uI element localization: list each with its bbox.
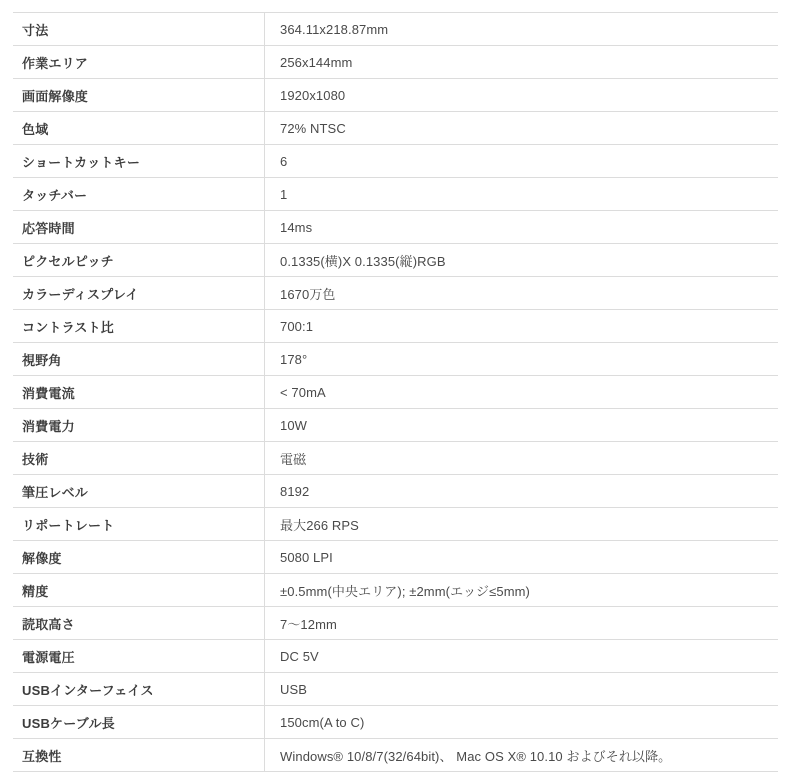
table-row: 互換性 Windows® 10/8/7(32/64bit)、 Mac OS X®…: [13, 739, 778, 772]
table-row: 視野角 178°: [13, 343, 778, 376]
spec-value: 10W: [265, 409, 778, 441]
spec-label: 作業エリア: [13, 46, 265, 78]
spec-value: DC 5V: [265, 640, 778, 672]
spec-value: 700:1: [265, 310, 778, 342]
spec-table: 寸法 364.11x218.87mm 作業エリア 256x144mm 画面解像度…: [13, 12, 778, 772]
spec-label: 視野角: [13, 343, 265, 375]
spec-value: ±0.5mm(中央エリア); ±2mm(エッジ≤5mm): [265, 574, 778, 606]
spec-value: 14ms: [265, 211, 778, 243]
spec-value: 72% NTSC: [265, 112, 778, 144]
table-row: 色域 72% NTSC: [13, 112, 778, 145]
spec-label: 消費電流: [13, 376, 265, 408]
spec-label: コントラスト比: [13, 310, 265, 342]
table-row: ピクセルピッチ 0.1335(横)X 0.1335(縦)RGB: [13, 244, 778, 277]
spec-label: 消費電力: [13, 409, 265, 441]
table-row: 解像度 5080 LPI: [13, 541, 778, 574]
spec-value: 1920x1080: [265, 79, 778, 111]
table-row: USBインターフェイス USB: [13, 673, 778, 706]
spec-value: 8192: [265, 475, 778, 507]
spec-value: 1670万色: [265, 277, 778, 309]
spec-label: 電源電圧: [13, 640, 265, 672]
table-row: 読取高さ 7〜12mm: [13, 607, 778, 640]
spec-label: 互換性: [13, 739, 265, 771]
spec-label: ピクセルピッチ: [13, 244, 265, 276]
spec-value: 7〜12mm: [265, 607, 778, 639]
spec-value: 0.1335(横)X 0.1335(縦)RGB: [265, 244, 778, 276]
spec-value: 1: [265, 178, 778, 210]
table-row: 応答時間 14ms: [13, 211, 778, 244]
table-row: カラーディスプレイ 1670万色: [13, 277, 778, 310]
spec-label: 筆圧レベル: [13, 475, 265, 507]
spec-label: 技術: [13, 442, 265, 474]
spec-value: 364.11x218.87mm: [265, 13, 778, 45]
spec-label: 寸法: [13, 13, 265, 45]
spec-label: 応答時間: [13, 211, 265, 243]
table-row: 消費電力 10W: [13, 409, 778, 442]
spec-value: 178°: [265, 343, 778, 375]
spec-value: 5080 LPI: [265, 541, 778, 573]
spec-value: USB: [265, 673, 778, 705]
spec-value: 最大266 RPS: [265, 508, 778, 540]
table-row: USBケーブル長 150cm(A to C): [13, 706, 778, 739]
table-row: 消費電流 < 70mA: [13, 376, 778, 409]
spec-label: 精度: [13, 574, 265, 606]
spec-label: USBインターフェイス: [13, 673, 265, 705]
table-row: リポートレート 最大266 RPS: [13, 508, 778, 541]
table-row: 寸法 364.11x218.87mm: [13, 13, 778, 46]
spec-label: カラーディスプレイ: [13, 277, 265, 309]
spec-label: タッチバー: [13, 178, 265, 210]
spec-label: リポートレート: [13, 508, 265, 540]
spec-value: Windows® 10/8/7(32/64bit)、 Mac OS X® 10.…: [265, 739, 778, 771]
spec-label: 画面解像度: [13, 79, 265, 111]
spec-value: 150cm(A to C): [265, 706, 778, 738]
table-row: 精度 ±0.5mm(中央エリア); ±2mm(エッジ≤5mm): [13, 574, 778, 607]
table-row: 電源電圧 DC 5V: [13, 640, 778, 673]
table-row: ショートカットキー 6: [13, 145, 778, 178]
table-row: 画面解像度 1920x1080: [13, 79, 778, 112]
spec-value: 6: [265, 145, 778, 177]
table-row: 作業エリア 256x144mm: [13, 46, 778, 79]
spec-page: 寸法 364.11x218.87mm 作業エリア 256x144mm 画面解像度…: [0, 0, 793, 779]
spec-label: ショートカットキー: [13, 145, 265, 177]
spec-label: 色域: [13, 112, 265, 144]
spec-value: 電磁: [265, 442, 778, 474]
spec-label: USBケーブル長: [13, 706, 265, 738]
spec-value: 256x144mm: [265, 46, 778, 78]
table-row: 筆圧レベル 8192: [13, 475, 778, 508]
spec-label: 読取高さ: [13, 607, 265, 639]
spec-label: 解像度: [13, 541, 265, 573]
table-row: コントラスト比 700:1: [13, 310, 778, 343]
table-row: タッチバー 1: [13, 178, 778, 211]
table-row: 技術 電磁: [13, 442, 778, 475]
spec-value: < 70mA: [265, 376, 778, 408]
